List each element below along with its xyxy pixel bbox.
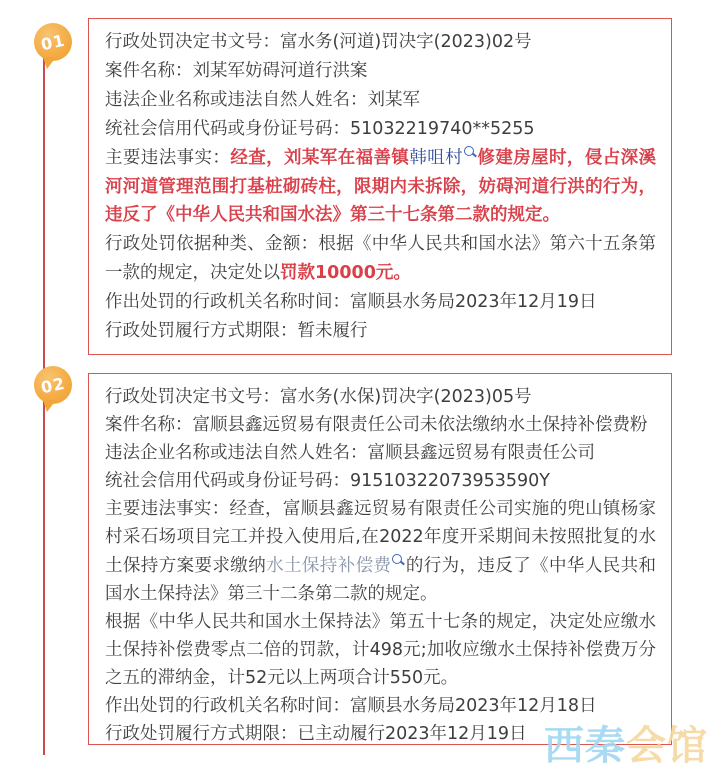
field-decision-number: 行政处罚决定书文号：富水务(水保)罚决字(2023)05号 <box>105 383 656 411</box>
search-icon[interactable] <box>392 554 402 564</box>
penalty-card-1: 行政处罚决定书文号：富水务(河道)罚决字(2023)02号 案件名称：刘某军妨碍… <box>88 18 672 355</box>
badge-01: 01 <box>34 23 72 61</box>
badge-02: 02 <box>34 366 72 404</box>
penalty-announcement-page: 01 行政处罚决定书文号：富水务(河道)罚决字(2023)02号 案件名称：刘某… <box>0 0 712 769</box>
field-case-name: 案件名称：刘某军妨碍河道行洪案 <box>105 57 656 86</box>
badge-01-number: 01 <box>39 30 67 54</box>
entity-link[interactable]: 韩咀村 <box>409 148 463 168</box>
text-segment: 行政处罚履行方式期限：暂未履行 <box>105 321 368 341</box>
text-segment: 案件名称：富顺县鑫远贸易有限责任公司未依法缴纳水土保持补偿费粉 <box>105 415 648 435</box>
text-segment: 根据《中华人民共和国水土保持法》第五十七条的规定，决定处应缴水土保持补偿费零点二… <box>105 612 656 688</box>
field-main-facts: 主要违法事实：经查，富顺县鑫远贸易有限责任公司实施的兜山镇杨家村采石场项目完工并… <box>105 495 656 607</box>
watermark-orange-text: 会馆 <box>626 723 708 769</box>
text-segment: 行政处罚决定书文号：富水务(河道)罚决字(2023)02号 <box>105 32 532 52</box>
field-main-facts: 主要违法事实：经查，刘某军在福善镇韩咀村修建房屋时，侵占深溪河河道管理范围打基桩… <box>105 144 656 231</box>
text-segment: 统社会信用代码或身份证号码：91510322073953590Y <box>105 471 550 491</box>
field-credit-code: 统社会信用代码或身份证号码：51032219740**5255 <box>105 115 656 144</box>
penalty-card-2: 行政处罚决定书文号：富水务(水保)罚决字(2023)05号 案件名称：富顺县鑫远… <box>88 373 672 745</box>
field-execution-status: 行政处罚履行方式期限：暂未履行 <box>105 317 656 346</box>
field-penalty-basis: 根据《中华人民共和国水土保持法》第五十七条的规定，决定处应缴水土保持补偿费零点二… <box>105 608 656 692</box>
text-segment: 经查，刘某军在福善镇 <box>230 148 409 168</box>
text-segment: 违法企业名称或违法自然人姓名：刘某军 <box>105 90 420 110</box>
field-case-name: 案件名称：富顺县鑫远贸易有限责任公司未依法缴纳水土保持补偿费粉 <box>105 411 656 439</box>
entity-link[interactable]: 水土保持补偿费 <box>266 556 391 576</box>
text-segment: 罚款10000元。 <box>280 263 411 283</box>
field-penalty-basis: 行政处罚依据种类、金额：根据《中华人民共和国水法》第六十五条第一款的规定，决定处… <box>105 230 656 288</box>
text-segment: 行政处罚决定书文号：富水务(水保)罚决字(2023)05号 <box>105 387 532 407</box>
field-violator-name: 违法企业名称或违法自然人姓名：刘某军 <box>105 86 656 115</box>
search-icon[interactable] <box>464 146 474 156</box>
field-authority-date: 作出处罚的行政机关名称时间：富顺县水务局2023年12月19日 <box>105 288 656 317</box>
field-credit-code: 统社会信用代码或身份证号码：91510322073953590Y <box>105 467 656 495</box>
text-segment: 违法企业名称或违法自然人姓名：富顺县鑫远贸易有限责任公司 <box>105 443 595 463</box>
field-decision-number: 行政处罚决定书文号：富水务(河道)罚决字(2023)02号 <box>105 28 656 57</box>
watermark-blue-text: 西秦 <box>544 723 626 769</box>
text-segment: 作出处罚的行政机关名称时间：富顺县水务局2023年12月19日 <box>105 292 597 312</box>
badge-02-number: 02 <box>39 373 67 397</box>
watermark: 西秦会馆 <box>544 723 708 769</box>
text-segment: 主要违法事实： <box>105 148 230 168</box>
field-authority-date: 作出处罚的行政机关名称时间：富顺县水务局2023年12月18日 <box>105 692 656 720</box>
field-violator-name: 违法企业名称或违法自然人姓名：富顺县鑫远贸易有限责任公司 <box>105 439 656 467</box>
text-segment: 作出处罚的行政机关名称时间：富顺县水务局2023年12月18日 <box>105 696 597 716</box>
text-segment: 案件名称：刘某军妨碍河道行洪案 <box>105 61 368 81</box>
text-segment: 统社会信用代码或身份证号码：51032219740**5255 <box>105 119 535 139</box>
text-segment: 行政处罚履行方式期限：已主动履行2023年12月19日 <box>105 724 527 744</box>
